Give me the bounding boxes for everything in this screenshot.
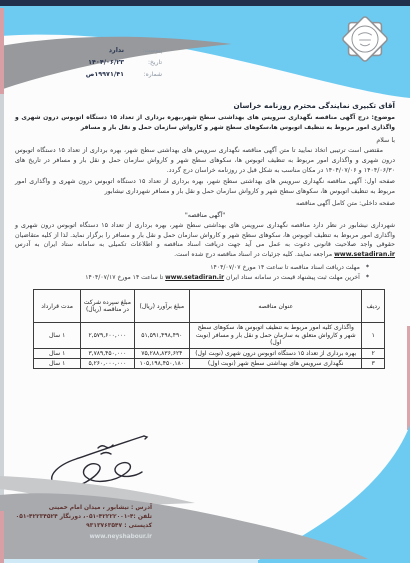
cell-deposit: ۳,۷۸۹,۴۵۰,۰۰۰	[81, 348, 134, 358]
table-row: ۱ واگذاری کلیه امور مربوط به تنظیف اتوبو…	[34, 323, 385, 348]
bullet-marker: *	[366, 274, 369, 281]
number-label: شماره:	[134, 71, 162, 78]
footer-phone: تلفن :۴-۴۲۲۲۲۰۰۱-۰۵۱، دورنگار ۴۲۲۳۴۵۲۴-۰…	[10, 513, 152, 522]
bid-deadline-item: * آخرین مهلت ثبت پیشنهاد قیمت در سامانه …	[15, 273, 369, 283]
deadline-list: * مهلت دریافت اسناد مناقصه تا ساعت ۱۴ مو…	[15, 263, 369, 283]
signature-icon	[46, 428, 150, 502]
cell-row-number: ۳	[362, 359, 385, 369]
cell-estimate: ۷۵,۲۸۸,۸۳۶,۶۲۴	[134, 348, 189, 358]
letter-page: پیوست: ندارد تاریخ: ۱۴۰۴/۰۶/۲۳ شماره: ۱۹…	[0, 0, 410, 563]
cell-duration: ۱ سال	[34, 323, 81, 348]
left-pink-edge	[0, 8, 4, 94]
request-paragraph: مقتضی است ترتیبی اتخاذ نمایید تا متن آگه…	[15, 146, 395, 175]
cell-tender-title: نگهداری سرویس های بهداشتی سطح شهر (نوبت …	[190, 359, 362, 369]
attachment-value: ندارد	[109, 46, 124, 54]
blue-corner-shape	[252, 425, 410, 563]
bid-deadline-suffix: تا ساعت ۱۴ مورخ ۱۴۰۴/۰۷/۱۷	[85, 274, 163, 281]
bid-deadline-prefix: آخرین مهلت ثبت پیشنهاد قیمت در سامانه ست…	[226, 274, 360, 281]
bottom-blue-strip	[0, 559, 258, 563]
subject-line: موضوع: درج آگهی مناقصه نگهداری سرویس های…	[15, 113, 395, 132]
cell-duration: ۱ سال	[34, 359, 81, 369]
cell-deposit: ۵,۲۶۰,۰۰۰,۰۰۰	[81, 359, 134, 369]
cell-duration: ۱ سال	[34, 348, 81, 358]
notice-body-tail: مراجعه نمایند. کلیه جزئیات در اسناد مناق…	[174, 251, 332, 258]
letter-body: آقای تکبیری نمایندگی محترم روزنامه خراسا…	[15, 101, 395, 369]
top-navy-bar	[0, 0, 410, 6]
header-estimate: مبلغ برآورد (ریال)	[134, 290, 189, 323]
docs-deadline-text: مهلت دریافت اسناد مناقصه تا ساعت ۱۴ مورخ…	[210, 264, 360, 271]
cell-tender-title: بهره برداری از تعداد ۱۵ دستگاه اتوبوس در…	[190, 348, 362, 358]
attachment-label: پیوست:	[134, 47, 162, 54]
table-header-row: ردیف عنوان مناقصه مبلغ برآورد (ریال) مبل…	[34, 290, 385, 323]
date-value: ۱۴۰۴/۰۶/۲۳	[88, 58, 124, 66]
meta-number-row: شماره: ۱۹۹۷۱/۴۱ص	[40, 70, 162, 78]
municipality-seal-icon	[336, 12, 394, 68]
page-first-line: صفحه اول: آگهی مناقصه نگهداری سرویس های …	[15, 177, 395, 197]
cell-row-number: ۱	[362, 323, 385, 348]
page-inner-line: صفحه داخلی: متن کامل آگهی مناقصه	[15, 199, 395, 209]
salutation: با سلام	[15, 137, 395, 144]
notice-heading: "آگهی مناقصه"	[15, 211, 395, 219]
table-row: ۲ بهره برداری از تعداد ۱۵ دستگاه اتوبوس …	[34, 348, 385, 358]
tenders-table: ردیف عنوان مناقصه مبلغ برآورد (ریال) مبل…	[33, 289, 385, 369]
footer-address: آدرس : نیشابور ، میدان امام خمینی	[10, 504, 152, 513]
cell-tender-title: واگذاری کلیه امور مربوط به تنظیف اتوبوس …	[190, 323, 362, 348]
footer-website: www.neyshabour.ir	[10, 533, 152, 542]
bottom-pink-edge	[0, 511, 4, 563]
header-deposit: مبلغ سپرده شرکت در مناقصه (ریال)	[81, 290, 134, 323]
left-scan-edge	[0, 94, 4, 514]
meta-attachment-row: پیوست: ندارد	[40, 46, 162, 54]
header-row-number: ردیف	[362, 290, 385, 323]
docs-deadline-item: * مهلت دریافت اسناد مناقصه تا ساعت ۱۴ مو…	[15, 263, 369, 273]
date-label: تاریخ:	[134, 59, 162, 66]
header-tender-title: عنوان مناقصه	[190, 290, 362, 323]
meta-date-row: تاریخ: ۱۴۰۴/۰۶/۲۳	[40, 58, 162, 66]
notice-body-text: شهرداری نیشابور در نظر دارد مناقصه نگهدا…	[15, 222, 395, 249]
bullet-marker: *	[366, 264, 369, 271]
cell-estimate: ۵۱,۵۹۱,۴۹۸,۴۹۰	[134, 323, 189, 348]
number-value: ۱۹۹۷۱/۴۱ص	[86, 70, 124, 78]
table-row: ۳ نگهداری سرویس های بهداشتی سطح شهر (نوب…	[34, 359, 385, 369]
letter-meta: پیوست: ندارد تاریخ: ۱۴۰۴/۰۶/۲۳ شماره: ۱۹…	[40, 46, 162, 82]
header-duration: مدت قرارداد	[34, 290, 81, 323]
setadiran-url: www.setadiran.ir	[165, 274, 224, 281]
setadiran-url: www.setadiran.ir	[334, 251, 395, 258]
recipient-title: آقای تکبیری نمایندگی محترم روزنامه خراسا…	[15, 101, 395, 110]
footer-contact: آدرس : نیشابور ، میدان امام خمینی تلفن :…	[10, 504, 152, 542]
footer-postal-code: کدپستی : ۹۳۱۳۷۶۳۵۴۷	[10, 522, 152, 531]
notice-paragraph: شهرداری نیشابور در نظر دارد مناقصه نگهدا…	[15, 221, 395, 260]
cell-deposit: ۲,۵۷۹,۶۰۰,۰۰۰	[81, 323, 134, 348]
cell-estimate: ۱۰۵,۱۹۸,۴۵۰,۱۸۰	[134, 359, 189, 369]
cell-row-number: ۲	[362, 348, 385, 358]
